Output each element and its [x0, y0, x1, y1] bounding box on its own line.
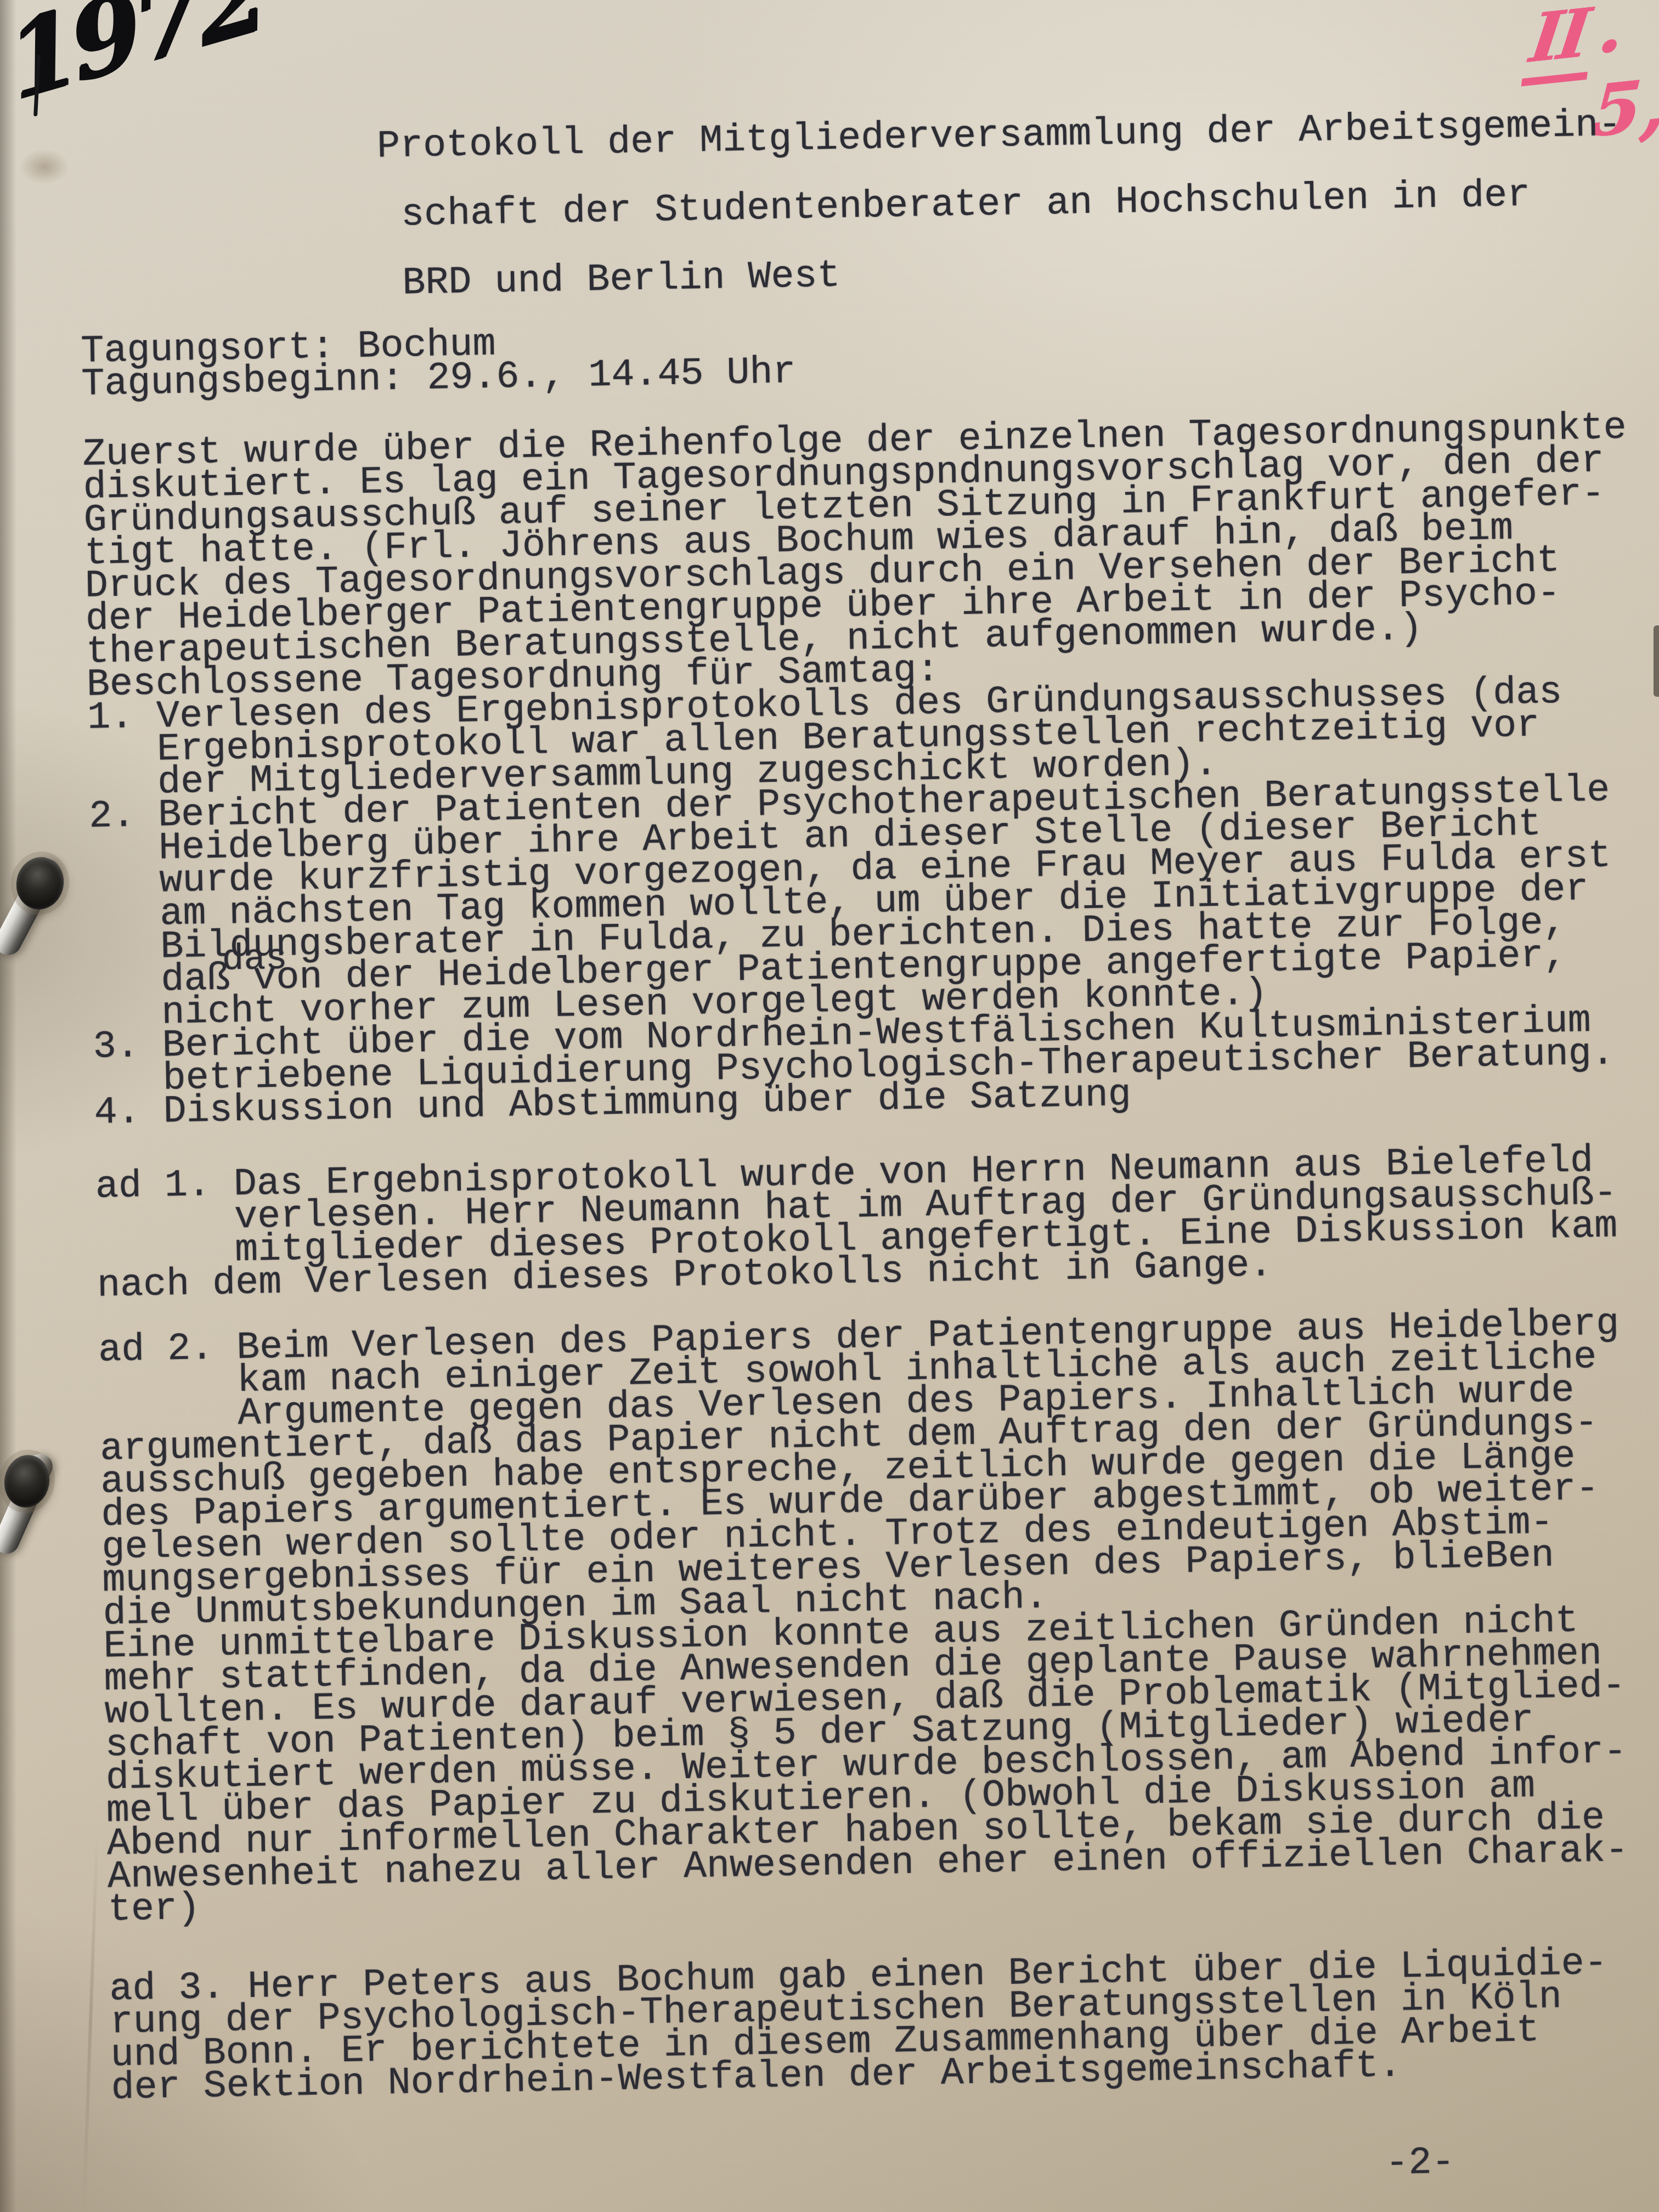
typed-page: Protokoll der Mitgliederversammlung der …	[77, 91, 1659, 2203]
document-title: Protokoll der Mitgliederversammlung der …	[77, 91, 1659, 324]
paper-left-edge-shadow	[0, 0, 16, 2212]
meeting-meta: Tagungsort: BochumTagungsbeginn: 29.6., …	[81, 308, 1659, 402]
red-index-mark: II . 5,	[1505, 0, 1659, 101]
agenda-list: das 1. Verlesen des Ergebnisprotokolls d…	[87, 675, 1659, 1130]
paper-stain	[20, 149, 69, 184]
page-number: -2-	[112, 2142, 1659, 2203]
paragraph-ad2: ad 2. Beim Verlesen des Papiers der Pati…	[98, 1307, 1659, 1927]
red-index-roman: II	[1521, 0, 1599, 87]
typed-insertion: das	[222, 943, 287, 977]
document-photo: 1972 II . 5, Protokoll der Mitgliederver…	[0, 0, 1659, 2212]
paragraph-ad1: ad 1. Das Ergebnisprotokoll wurde von He…	[95, 1143, 1659, 1302]
intro-paragraph: Zuerst wurde über die Reihenfolge der ei…	[82, 411, 1659, 702]
paragraph-ad3: ad 3. Herr Peters aus Bochum gab einen B…	[109, 1946, 1659, 2105]
handwritten-year: 1972	[0, 0, 270, 123]
paper-crease	[82, 1832, 99, 2211]
